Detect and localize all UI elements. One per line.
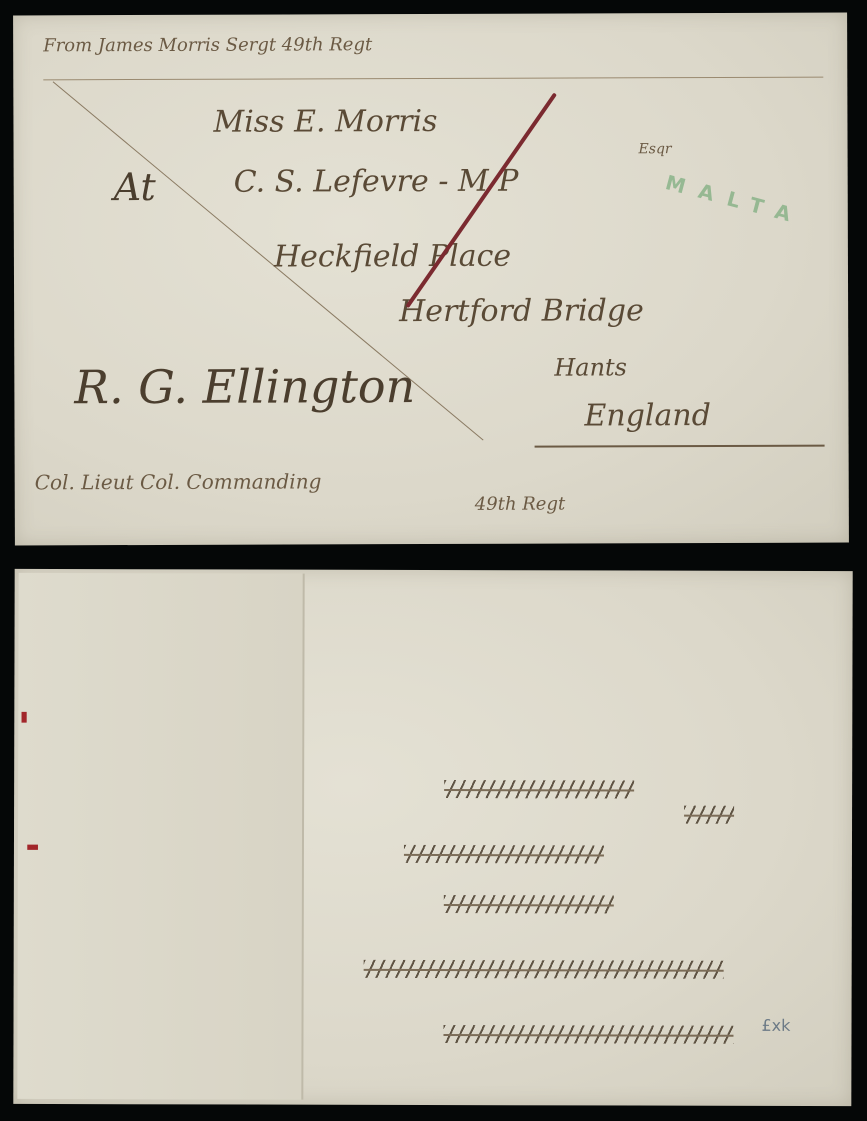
address-line-4: Hertford Bridge (399, 293, 644, 329)
cover-reverse: ▮ ▬ £xk (13, 569, 852, 1106)
crossed-out-line (444, 780, 634, 798)
crossed-out-line (364, 960, 724, 979)
cover-front: From James Morris Sergt 49th Regt Miss E… (13, 13, 849, 546)
crossed-out-line (404, 845, 604, 864)
docket-rank: Col. Lieut Col. Commanding (35, 469, 322, 494)
docket-regiment: 49th Regt (475, 494, 565, 515)
malta-handstamp: MALTA (663, 170, 807, 230)
pencil-note: £xk (761, 1016, 790, 1035)
docket-sender: From James Morris Sergt 49th Regt (43, 34, 372, 56)
address-line-5: Hants (554, 353, 627, 381)
wax-seal-remnant: ▬ (26, 839, 39, 855)
address-line-6: England (584, 398, 711, 433)
address-line-2: C. S. Lefevre - M P (234, 164, 519, 200)
crossed-out-line (443, 1025, 733, 1044)
wax-seal-remnant: ▮ (20, 709, 28, 725)
rule-line (43, 77, 823, 81)
underline (535, 445, 825, 448)
address-esquire: Esqr (639, 141, 672, 157)
address-line-3: Heckfield Place (274, 239, 511, 275)
frank-signature: R. G. Ellington (74, 359, 415, 414)
crossed-out-line (444, 895, 614, 913)
crossed-out-line (684, 806, 734, 824)
folded-flap (17, 573, 304, 1100)
address-prefix: At (114, 165, 156, 209)
address-line-1: Miss E. Morris (213, 104, 437, 140)
